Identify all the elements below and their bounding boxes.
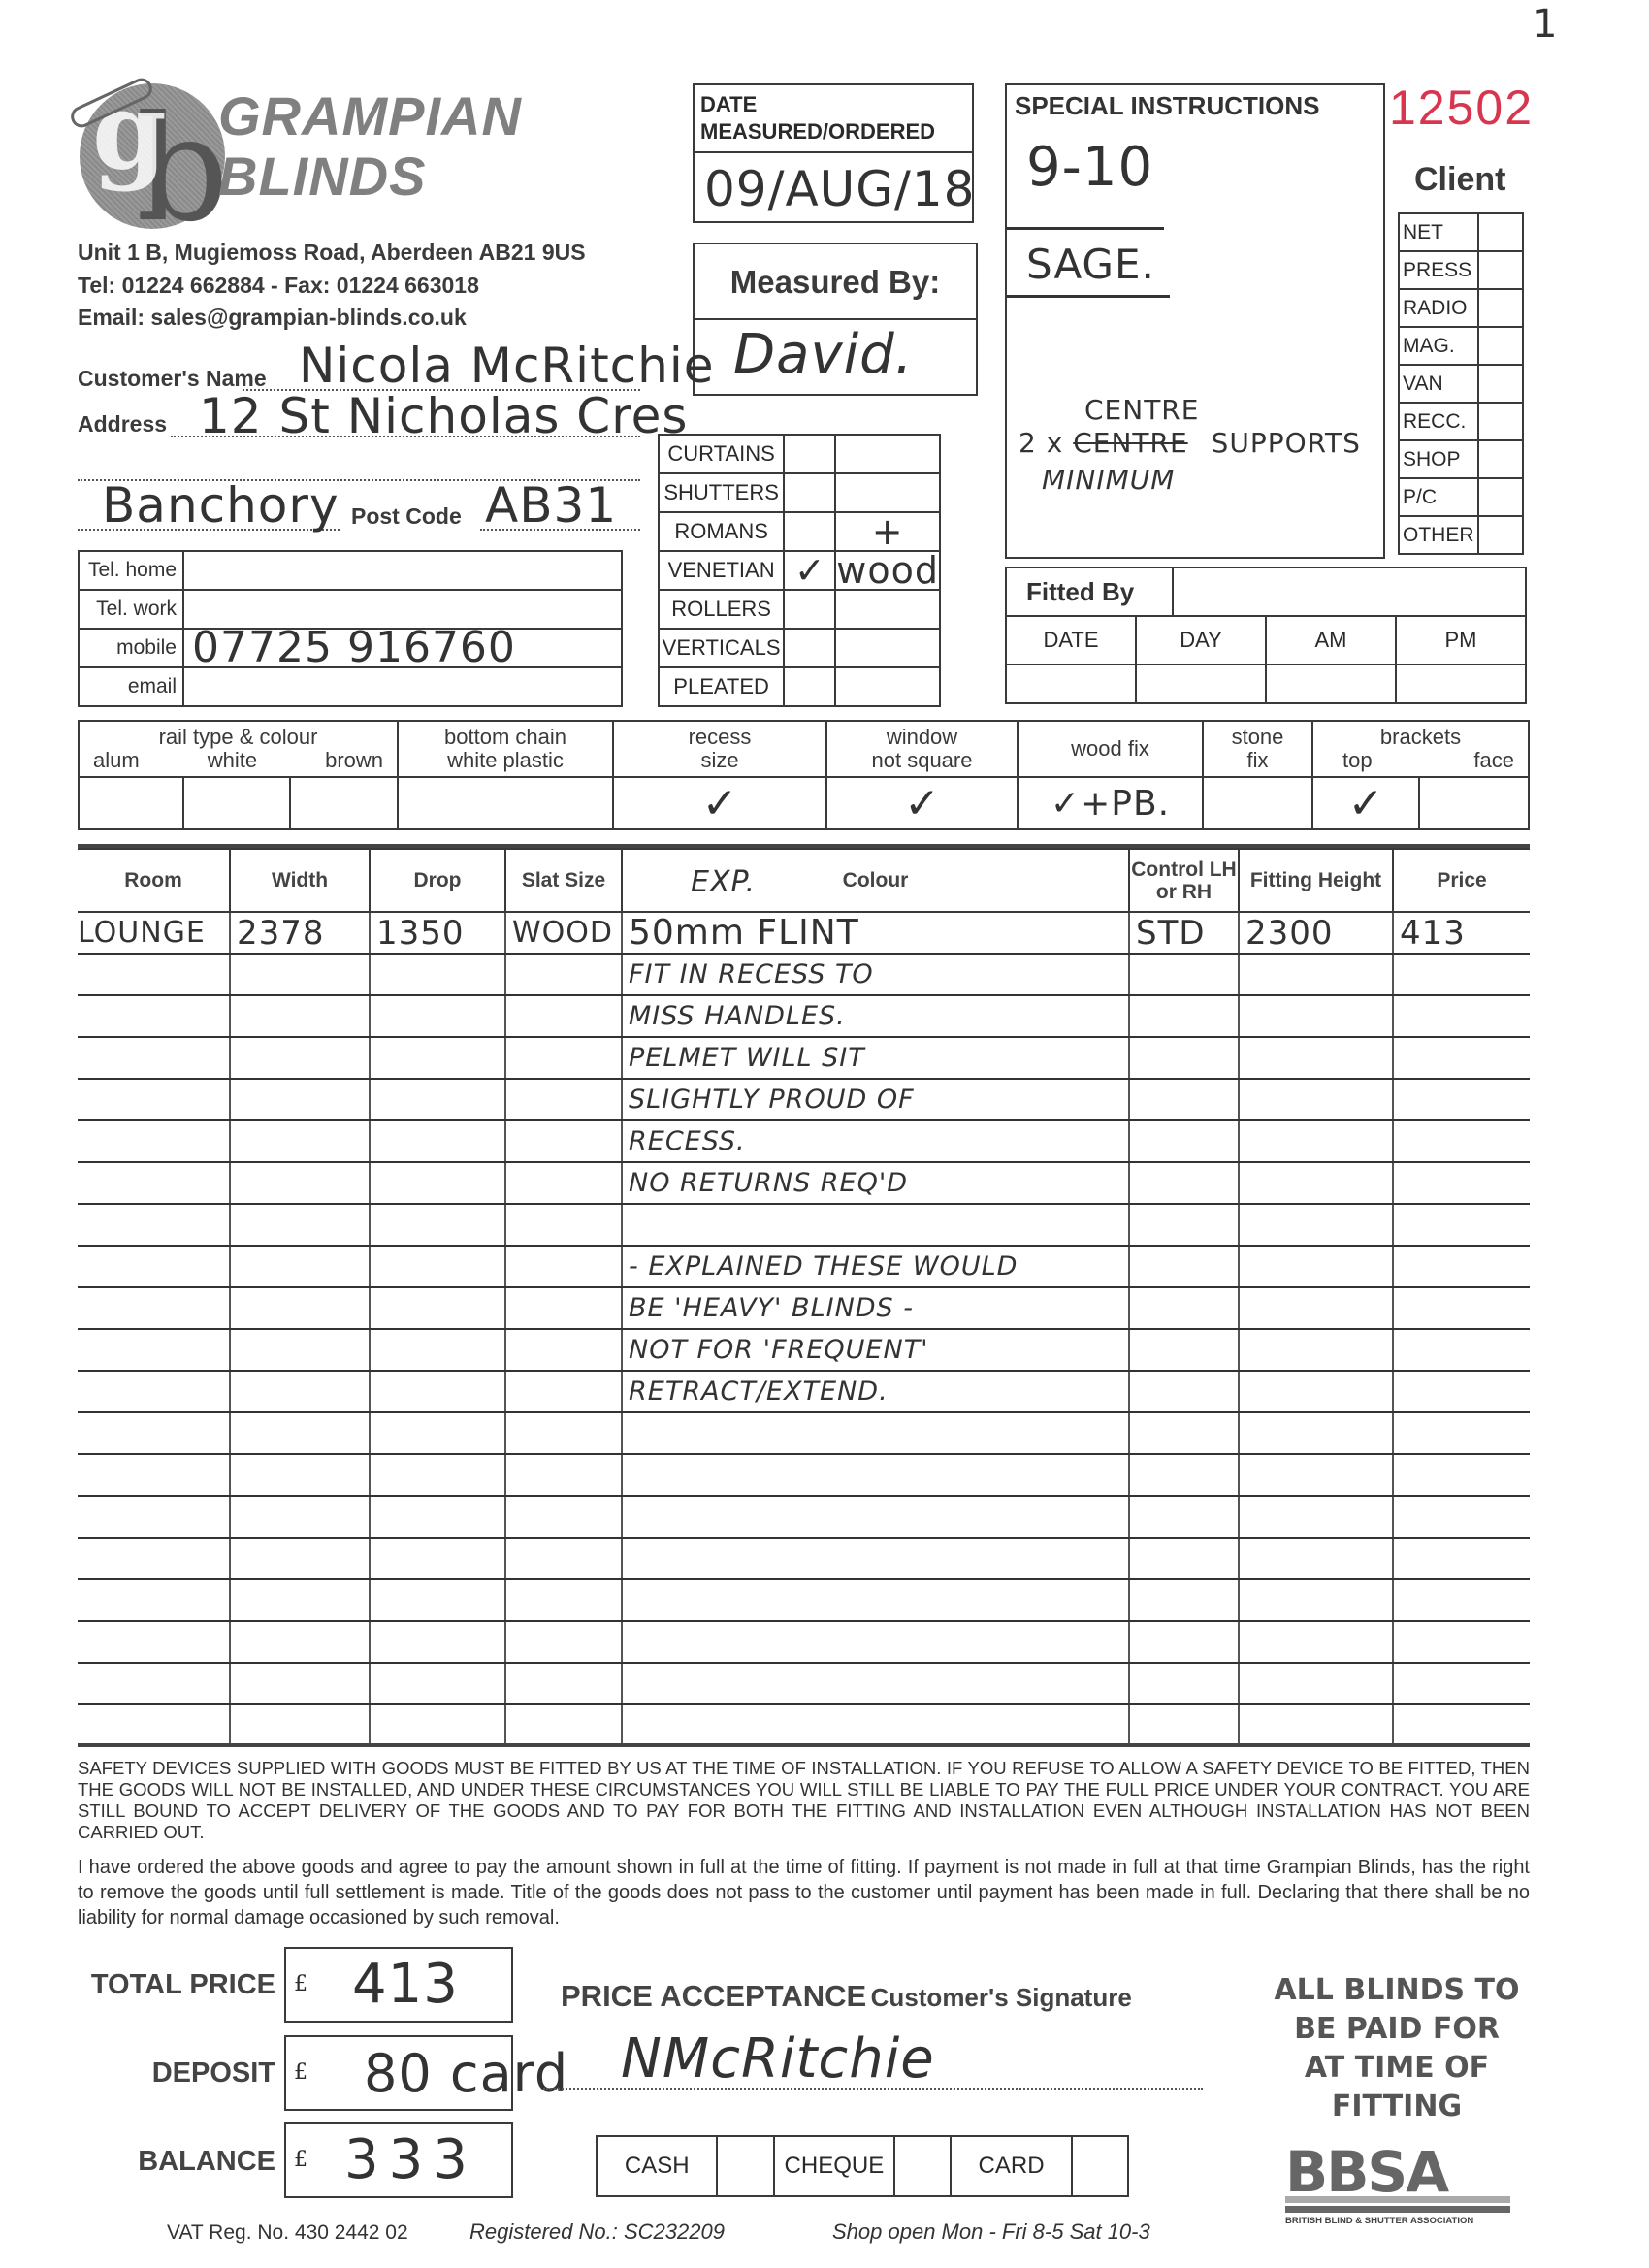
order-cell-width[interactable]: 2378 (230, 912, 370, 954)
order-cell-price[interactable] (1393, 1329, 1530, 1371)
order-cell-colour[interactable]: SLIGHTLY PROUD OF (622, 1079, 1129, 1120)
order-cell-slat-size[interactable] (505, 1079, 622, 1120)
client-source-label: RADIO (1399, 289, 1478, 327)
product-type-note[interactable] (835, 629, 940, 667)
order-cell-room[interactable] (78, 995, 230, 1037)
order-cell-width[interactable] (230, 1037, 370, 1079)
product-type-note[interactable]: + (835, 512, 940, 551)
order-cell-room[interactable] (78, 1371, 230, 1412)
order-cell-control[interactable] (1129, 1246, 1239, 1287)
order-cell-control[interactable] (1129, 1454, 1239, 1496)
order-cell-drop[interactable] (370, 1079, 505, 1120)
product-type-label: VERTICALS (659, 629, 784, 667)
order-cell-drop[interactable] (370, 1120, 505, 1162)
shop-hours: Shop open Mon - Fri 8-5 Sat 10-3 (832, 2219, 1150, 2245)
total-price-box[interactable]: £ 413 (284, 1947, 513, 2023)
wood-fix-check[interactable]: ✓+PB. (1018, 777, 1203, 829)
order-cell-slat-size[interactable] (505, 1120, 622, 1162)
order-table: RoomWidthDropSlat SizeEXP.ColourControl … (78, 848, 1530, 1747)
order-cell-price[interactable] (1393, 1496, 1530, 1538)
order-cell-room[interactable] (78, 1579, 230, 1621)
order-cell-width[interactable] (230, 1079, 370, 1120)
fitted-by-day-field[interactable] (1137, 665, 1267, 702)
rail-white-cell[interactable] (183, 777, 290, 829)
client-source-checkbox[interactable] (1478, 327, 1523, 365)
product-type-label: ROLLERS (659, 590, 784, 629)
order-cell-price[interactable] (1393, 1079, 1530, 1120)
order-cell-drop[interactable] (370, 1162, 505, 1204)
fitted-by-pm-field[interactable] (1397, 665, 1525, 702)
order-cell-fitting-height[interactable] (1239, 1496, 1393, 1538)
product-type-note[interactable] (835, 473, 940, 512)
fitted-by-field[interactable] (1174, 568, 1525, 615)
table-row (78, 1663, 1530, 1704)
special-instr-line1[interactable]: 9-10 (1026, 136, 1153, 199)
order-cell-drop[interactable] (370, 995, 505, 1037)
client-label: Client (1414, 161, 1505, 199)
order-cell-price[interactable] (1393, 1704, 1530, 1746)
order-cell-fitting-height[interactable]: 2300 (1239, 912, 1393, 954)
address-line1-field[interactable]: 12 St Nicholas Cres (199, 388, 688, 444)
order-cell-drop[interactable] (370, 1538, 505, 1579)
date-label-line2: MEASURED/ORDERED (700, 118, 966, 146)
fitted-by-date-field[interactable] (1007, 665, 1137, 702)
town-field[interactable]: Banchory (102, 477, 339, 534)
order-cell-width[interactable] (230, 995, 370, 1037)
order-cell-control[interactable] (1129, 995, 1239, 1037)
client-source-row: RECC. (1399, 403, 1523, 440)
colour-header-label: Colour (843, 869, 909, 891)
order-cell-drop[interactable] (370, 1663, 505, 1704)
order-cell-room[interactable] (78, 1621, 230, 1663)
contact-label: email (79, 667, 183, 706)
price-acceptance-heading: PRICE ACCEPTANCE Customer's Signature (561, 1979, 1132, 2014)
product-type-checkbox[interactable] (784, 590, 835, 629)
order-cell-width[interactable] (230, 1120, 370, 1162)
rail-brown-cell[interactable] (290, 777, 398, 829)
order-cell-price[interactable]: 413 (1393, 912, 1530, 954)
order-cell-width[interactable] (230, 1412, 370, 1454)
order-cell-colour[interactable] (622, 1621, 1129, 1663)
order-cell-fitting-height[interactable] (1239, 1120, 1393, 1162)
order-cell-price[interactable] (1393, 1621, 1530, 1663)
order-cell-drop[interactable] (370, 1704, 505, 1746)
product-type-label: PLEATED (659, 667, 784, 706)
order-cell-drop[interactable] (370, 1287, 505, 1329)
client-source-label: RECC. (1399, 403, 1478, 440)
order-cell-room[interactable] (78, 1037, 230, 1079)
order-cell-drop[interactable] (370, 1204, 505, 1246)
order-cell-slat-size[interactable] (505, 1037, 622, 1079)
order-cell-fitting-height[interactable] (1239, 1412, 1393, 1454)
payment-notice: ALL BLINDS TO BE PAID FOR AT TIME OF FIT… (1251, 1971, 1542, 2126)
order-cell-width[interactable] (230, 1621, 370, 1663)
order-cell-fitting-height[interactable] (1239, 1704, 1393, 1746)
total-price-value[interactable]: 413 (352, 1953, 459, 2016)
date-measured-box: DATE MEASURED/ORDERED 09/AUG/18 (693, 83, 974, 223)
order-cell-width[interactable] (230, 1287, 370, 1329)
order-cell-control[interactable] (1129, 1120, 1239, 1162)
wood-fix-header: wood fix (1018, 721, 1203, 777)
order-cell-price[interactable] (1393, 1579, 1530, 1621)
fitted-by-am-field[interactable] (1267, 665, 1397, 702)
order-cell-drop[interactable] (370, 954, 505, 995)
order-col-header: Price (1393, 849, 1530, 912)
order-cell-colour[interactable]: NO RETURNS REQ'D (622, 1162, 1129, 1204)
order-cell-drop[interactable] (370, 1579, 505, 1621)
contact-row: mobile07725 916760 (79, 629, 622, 667)
order-cell-colour[interactable] (622, 1454, 1129, 1496)
order-cell-colour[interactable]: BE 'HEAVY' BLINDS - (622, 1287, 1129, 1329)
fitted-by-col-day: DAY (1137, 617, 1267, 664)
product-type-note[interactable]: wood (835, 551, 940, 590)
order-cell-fitting-height[interactable] (1239, 954, 1393, 995)
brackets-face-cell[interactable] (1419, 777, 1529, 829)
order-cell-price[interactable] (1393, 954, 1530, 995)
note-prefix: 2 x (1018, 427, 1063, 459)
deposit-box[interactable]: £ 80 card (284, 2035, 513, 2111)
order-cell-price[interactable] (1393, 1287, 1530, 1329)
order-cell-room[interactable] (78, 1329, 230, 1371)
order-cell-control[interactable] (1129, 1621, 1239, 1663)
client-source-label: VAN (1399, 365, 1478, 403)
table-row (78, 1412, 1530, 1454)
brackets-top-check[interactable]: ✓ (1312, 777, 1419, 829)
order-cell-width[interactable] (230, 1162, 370, 1204)
measured-by-box: Measured By: David. (693, 243, 978, 396)
order-cell-price[interactable] (1393, 1204, 1530, 1246)
order-cell-drop[interactable] (370, 1621, 505, 1663)
order-cell-colour[interactable]: RECESS. (622, 1120, 1129, 1162)
order-cell-price[interactable] (1393, 1037, 1530, 1079)
payment-cash-checkbox[interactable] (717, 2136, 773, 2196)
order-cell-fitting-height[interactable] (1239, 1329, 1393, 1371)
client-source-checkbox[interactable] (1478, 289, 1523, 327)
recess-size-header: recesssize (613, 721, 826, 777)
order-cell-control[interactable] (1129, 1371, 1239, 1412)
order-cell-room[interactable]: LOUNGE (78, 912, 230, 954)
order-cell-slat-size[interactable] (505, 1204, 622, 1246)
order-cell-slat-size[interactable] (505, 1329, 622, 1371)
order-cell-control[interactable] (1129, 1204, 1239, 1246)
order-cell-drop[interactable] (370, 1037, 505, 1079)
table-row: BE 'HEAVY' BLINDS - (78, 1287, 1530, 1329)
contact-label: Tel. home (79, 551, 183, 590)
order-cell-colour[interactable]: FIT IN RECESS TO (622, 954, 1129, 995)
order-cell-slat-size[interactable] (505, 1246, 622, 1287)
order-cell-room[interactable] (78, 1162, 230, 1204)
balance-value[interactable]: 333 (344, 2128, 477, 2191)
order-cell-colour[interactable] (622, 1704, 1129, 1746)
company-address: Unit 1 B, Mugiemoss Road, Aberdeen AB21 … (78, 240, 586, 266)
order-cell-width[interactable] (230, 1704, 370, 1746)
bbsa-tagline: BRITISH BLIND & SHUTTER ASSOCIATION (1285, 2216, 1510, 2226)
colour-header-note: EXP. (691, 871, 756, 893)
rail-label: rail type & colour (80, 726, 397, 749)
order-cell-slat-size[interactable] (505, 1162, 622, 1204)
order-cell-control[interactable]: STD (1129, 912, 1239, 954)
order-cell-width[interactable] (230, 1538, 370, 1579)
brackets-top-label: top (1342, 749, 1373, 772)
order-cell-price[interactable] (1393, 1412, 1530, 1454)
product-type-note[interactable] (835, 590, 940, 629)
order-cell-room[interactable] (78, 1287, 230, 1329)
order-cell-room[interactable] (78, 1204, 230, 1246)
order-cell-fitting-height[interactable] (1239, 1621, 1393, 1663)
product-type-row: ROMANS+ (659, 512, 940, 551)
order-cell-drop[interactable] (370, 1496, 505, 1538)
special-instr-note-line1: 2 x CENTRE SUPPORTS (1018, 427, 1361, 459)
order-cell-slat-size[interactable] (505, 1371, 622, 1412)
bbsa-logo: BBSA BRITISH BLIND & SHUTTER ASSOCIATION (1285, 2150, 1510, 2226)
order-cell-colour[interactable]: PELMET WILL SIT (622, 1037, 1129, 1079)
order-cell-fitting-height[interactable] (1239, 1579, 1393, 1621)
order-cell-control[interactable] (1129, 1663, 1239, 1704)
customer-name-field[interactable]: Nicola McRitchie (299, 338, 715, 394)
order-cell-colour[interactable] (622, 1579, 1129, 1621)
order-cell-width[interactable] (230, 954, 370, 995)
order-cell-price[interactable] (1393, 1371, 1530, 1412)
product-type-checkbox[interactable] (784, 512, 835, 551)
order-cell-fitting-height[interactable] (1239, 1204, 1393, 1246)
order-cell-colour[interactable] (622, 1538, 1129, 1579)
client-source-label: NET (1399, 213, 1478, 251)
client-source-checkbox[interactable] (1478, 440, 1523, 478)
postcode-field[interactable]: AB31 (485, 477, 617, 534)
order-cell-control[interactable] (1129, 1704, 1239, 1746)
table-row: SLIGHTLY PROUD OF (78, 1079, 1530, 1120)
order-cell-room[interactable] (78, 1120, 230, 1162)
order-cell-colour[interactable]: NOT FOR 'FREQUENT' (622, 1329, 1129, 1371)
order-cell-fitting-height[interactable] (1239, 1162, 1393, 1204)
order-cell-room[interactable] (78, 1079, 230, 1120)
agreement-terms: I have ordered the above goods and agree… (78, 1855, 1530, 1930)
order-cell-slat-size[interactable] (505, 1412, 622, 1454)
order-cell-control[interactable] (1129, 954, 1239, 995)
rail-alum-cell[interactable] (79, 777, 183, 829)
client-source-row: MAG. (1399, 327, 1523, 365)
order-cell-control[interactable] (1129, 1538, 1239, 1579)
order-cell-room[interactable] (78, 1412, 230, 1454)
client-source-checkbox[interactable] (1478, 213, 1523, 251)
client-source-row: VAN (1399, 365, 1523, 403)
order-cell-colour[interactable] (622, 1663, 1129, 1704)
order-cell-drop[interactable] (370, 1329, 505, 1371)
order-cell-price[interactable] (1393, 995, 1530, 1037)
order-cell-colour[interactable]: MISS HANDLES. (622, 995, 1129, 1037)
deposit-value[interactable]: 80 card (364, 2043, 568, 2104)
balance-label: BALANCE (78, 2146, 275, 2178)
order-cell-fitting-height[interactable] (1239, 1079, 1393, 1120)
order-cell-slat-size[interactable] (505, 954, 622, 995)
contact-row: email (79, 667, 622, 706)
order-cell-width[interactable] (230, 1204, 370, 1246)
client-source-label: PRESS (1399, 251, 1478, 289)
measured-by-value[interactable]: David. (695, 320, 976, 390)
order-cell-drop[interactable]: 1350 (370, 912, 505, 954)
product-type-checkbox[interactable]: ✓ (784, 551, 835, 590)
order-cell-room[interactable] (78, 1663, 230, 1704)
order-cell-control[interactable] (1129, 1329, 1239, 1371)
date-value[interactable]: 09/AUG/18 (695, 153, 972, 225)
order-cell-fitting-height[interactable] (1239, 1663, 1393, 1704)
customer-signature[interactable]: NMcRitchie (621, 2027, 935, 2090)
order-cell-colour[interactable]: - EXPLAINED THESE WOULD (622, 1246, 1129, 1287)
table-row: RECESS. (78, 1120, 1530, 1162)
table-row (78, 1579, 1530, 1621)
order-cell-width[interactable] (230, 1329, 370, 1371)
order-cell-price[interactable] (1393, 1162, 1530, 1204)
order-cell-fitting-height[interactable] (1239, 1538, 1393, 1579)
price-acceptance-label: PRICE ACCEPTANCE (561, 1979, 866, 2013)
product-type-checkbox[interactable] (784, 473, 835, 512)
order-cell-slat-size[interactable] (505, 995, 622, 1037)
client-source-row: RADIO (1399, 289, 1523, 327)
order-cell-control[interactable] (1129, 1162, 1239, 1204)
table-row: LOUNGE23781350WOOD50mm FLINTSTD2300413 (78, 912, 1530, 954)
order-cell-fitting-height[interactable] (1239, 1246, 1393, 1287)
client-source-row: OTHER (1399, 516, 1523, 554)
payment-card-checkbox[interactable] (1072, 2136, 1128, 2196)
table-row: FIT IN RECESS TO (78, 954, 1530, 995)
table-row (78, 1454, 1530, 1496)
order-cell-width[interactable] (230, 1496, 370, 1538)
order-cell-room[interactable] (78, 1704, 230, 1746)
stone-fix-header: stonefix (1203, 721, 1312, 777)
order-cell-room[interactable] (78, 1454, 230, 1496)
order-col-header: Fitting Height (1239, 849, 1393, 912)
currency-symbol: £ (294, 2060, 307, 2085)
order-cell-slat-size[interactable] (505, 1454, 622, 1496)
client-source-label: MAG. (1399, 327, 1478, 365)
order-cell-price[interactable] (1393, 1454, 1530, 1496)
order-cell-width[interactable] (230, 1579, 370, 1621)
client-source-checkbox[interactable] (1478, 478, 1523, 516)
order-cell-slat-size[interactable] (505, 1621, 622, 1663)
order-cell-fitting-height[interactable] (1239, 1037, 1393, 1079)
contact-value-field[interactable] (183, 667, 622, 706)
product-type-note[interactable] (835, 435, 940, 473)
rail-type-header: rail type & colour alum white brown (79, 721, 398, 777)
product-type-checkbox[interactable] (784, 667, 835, 706)
order-cell-fitting-height[interactable] (1239, 1287, 1393, 1329)
brackets-face-label: face (1473, 749, 1514, 772)
address-label: Address (78, 411, 167, 437)
order-cell-control[interactable] (1129, 1579, 1239, 1621)
order-cell-control[interactable] (1129, 1037, 1239, 1079)
client-source-checkbox[interactable] (1478, 516, 1523, 554)
rail-sub-brown: brown (325, 749, 383, 772)
special-instructions-box: SPECIAL INSTRUCTIONS 9-10 SAGE. CENTRE 2… (1005, 83, 1385, 559)
order-cell-width[interactable] (230, 1663, 370, 1704)
order-cell-slat-size[interactable] (505, 1704, 622, 1746)
order-cell-control[interactable] (1129, 1496, 1239, 1538)
product-type-label: VENETIAN (659, 551, 784, 590)
product-type-row: ROLLERS (659, 590, 940, 629)
client-source-checkbox[interactable] (1478, 365, 1523, 403)
client-source-checkbox[interactable] (1478, 403, 1523, 440)
currency-symbol: £ (294, 1972, 307, 1996)
bottom-chain-header: bottom chainwhite plastic (398, 721, 613, 777)
balance-box[interactable]: £ 333 (284, 2122, 513, 2198)
product-type-label: SHUTTERS (659, 473, 784, 512)
contact-value-field[interactable]: 07725 916760 (183, 629, 622, 667)
order-cell-colour[interactable]: RETRACT/EXTEND. (622, 1371, 1129, 1412)
product-type-checkbox[interactable] (784, 435, 835, 473)
payment-cheque-checkbox[interactable] (894, 2136, 951, 2196)
client-source-row: SHOP (1399, 440, 1523, 478)
table-row: NO RETURNS REQ'D (78, 1162, 1530, 1204)
order-cell-control[interactable] (1129, 1079, 1239, 1120)
bbsa-mark-icon: BBSA (1285, 2150, 1510, 2194)
order-cell-width[interactable] (230, 1371, 370, 1412)
table-row: PELMET WILL SIT (78, 1037, 1530, 1079)
order-cell-colour[interactable]: 50mm FLINT (622, 912, 1129, 954)
postcode-label: Post Code (351, 503, 462, 530)
client-source-checkbox[interactable] (1478, 251, 1523, 289)
order-cell-price[interactable] (1393, 1538, 1530, 1579)
stone-fix-cell[interactable] (1203, 777, 1312, 829)
order-cell-slat-size[interactable] (505, 1287, 622, 1329)
window-not-square-check[interactable]: ✓ (826, 777, 1018, 829)
contact-value-field[interactable] (183, 551, 622, 590)
order-cell-slat-size[interactable] (505, 1496, 622, 1538)
special-instr-line2[interactable]: SAGE. (1026, 241, 1155, 288)
order-cell-price[interactable] (1393, 1120, 1530, 1162)
bottom-chain-cell[interactable] (398, 777, 613, 829)
order-cell-drop[interactable] (370, 1246, 505, 1287)
special-instructions-label: SPECIAL INSTRUCTIONS (1007, 85, 1383, 127)
order-cell-slat-size[interactable] (505, 1579, 622, 1621)
table-row: MISS HANDLES. (78, 995, 1530, 1037)
order-cell-colour[interactable] (622, 1204, 1129, 1246)
note-struck-text: CENTRE (1073, 427, 1187, 459)
order-cell-colour[interactable] (622, 1412, 1129, 1454)
order-cell-room[interactable] (78, 1496, 230, 1538)
order-cell-drop[interactable] (370, 1454, 505, 1496)
order-col-header: Room (78, 849, 230, 912)
window-not-square-header: windownot square (826, 721, 1018, 777)
order-cell-room[interactable] (78, 954, 230, 995)
product-type-note[interactable] (835, 667, 940, 706)
order-cell-room[interactable] (78, 1246, 230, 1287)
order-cell-slat-size[interactable] (505, 1663, 622, 1704)
product-type-checkbox[interactable] (784, 629, 835, 667)
order-cell-slat-size[interactable]: WOOD (505, 912, 622, 954)
product-type-label: CURTAINS (659, 435, 784, 473)
table-row: - EXPLAINED THESE WOULD (78, 1246, 1530, 1287)
order-cell-fitting-height[interactable] (1239, 1371, 1393, 1412)
order-cell-drop[interactable] (370, 1412, 505, 1454)
order-cell-control[interactable] (1129, 1287, 1239, 1329)
order-cell-fitting-height[interactable] (1239, 995, 1393, 1037)
order-cell-price[interactable] (1393, 1663, 1530, 1704)
order-cell-slat-size[interactable] (505, 1538, 622, 1579)
order-cell-room[interactable] (78, 1538, 230, 1579)
order-cell-drop[interactable] (370, 1371, 505, 1412)
product-type-row: SHUTTERS (659, 473, 940, 512)
order-cell-control[interactable] (1129, 1412, 1239, 1454)
order-cell-fitting-height[interactable] (1239, 1454, 1393, 1496)
table-row: NOT FOR 'FREQUENT' (78, 1329, 1530, 1371)
order-cell-colour[interactable] (622, 1496, 1129, 1538)
registered-number: Registered No.: SC232209 (469, 2219, 725, 2245)
payment-cash-label: CASH (597, 2136, 717, 2196)
recess-size-check[interactable]: ✓ (613, 777, 826, 829)
order-cell-width[interactable] (230, 1246, 370, 1287)
order-cell-price[interactable] (1393, 1246, 1530, 1287)
order-cell-width[interactable] (230, 1454, 370, 1496)
